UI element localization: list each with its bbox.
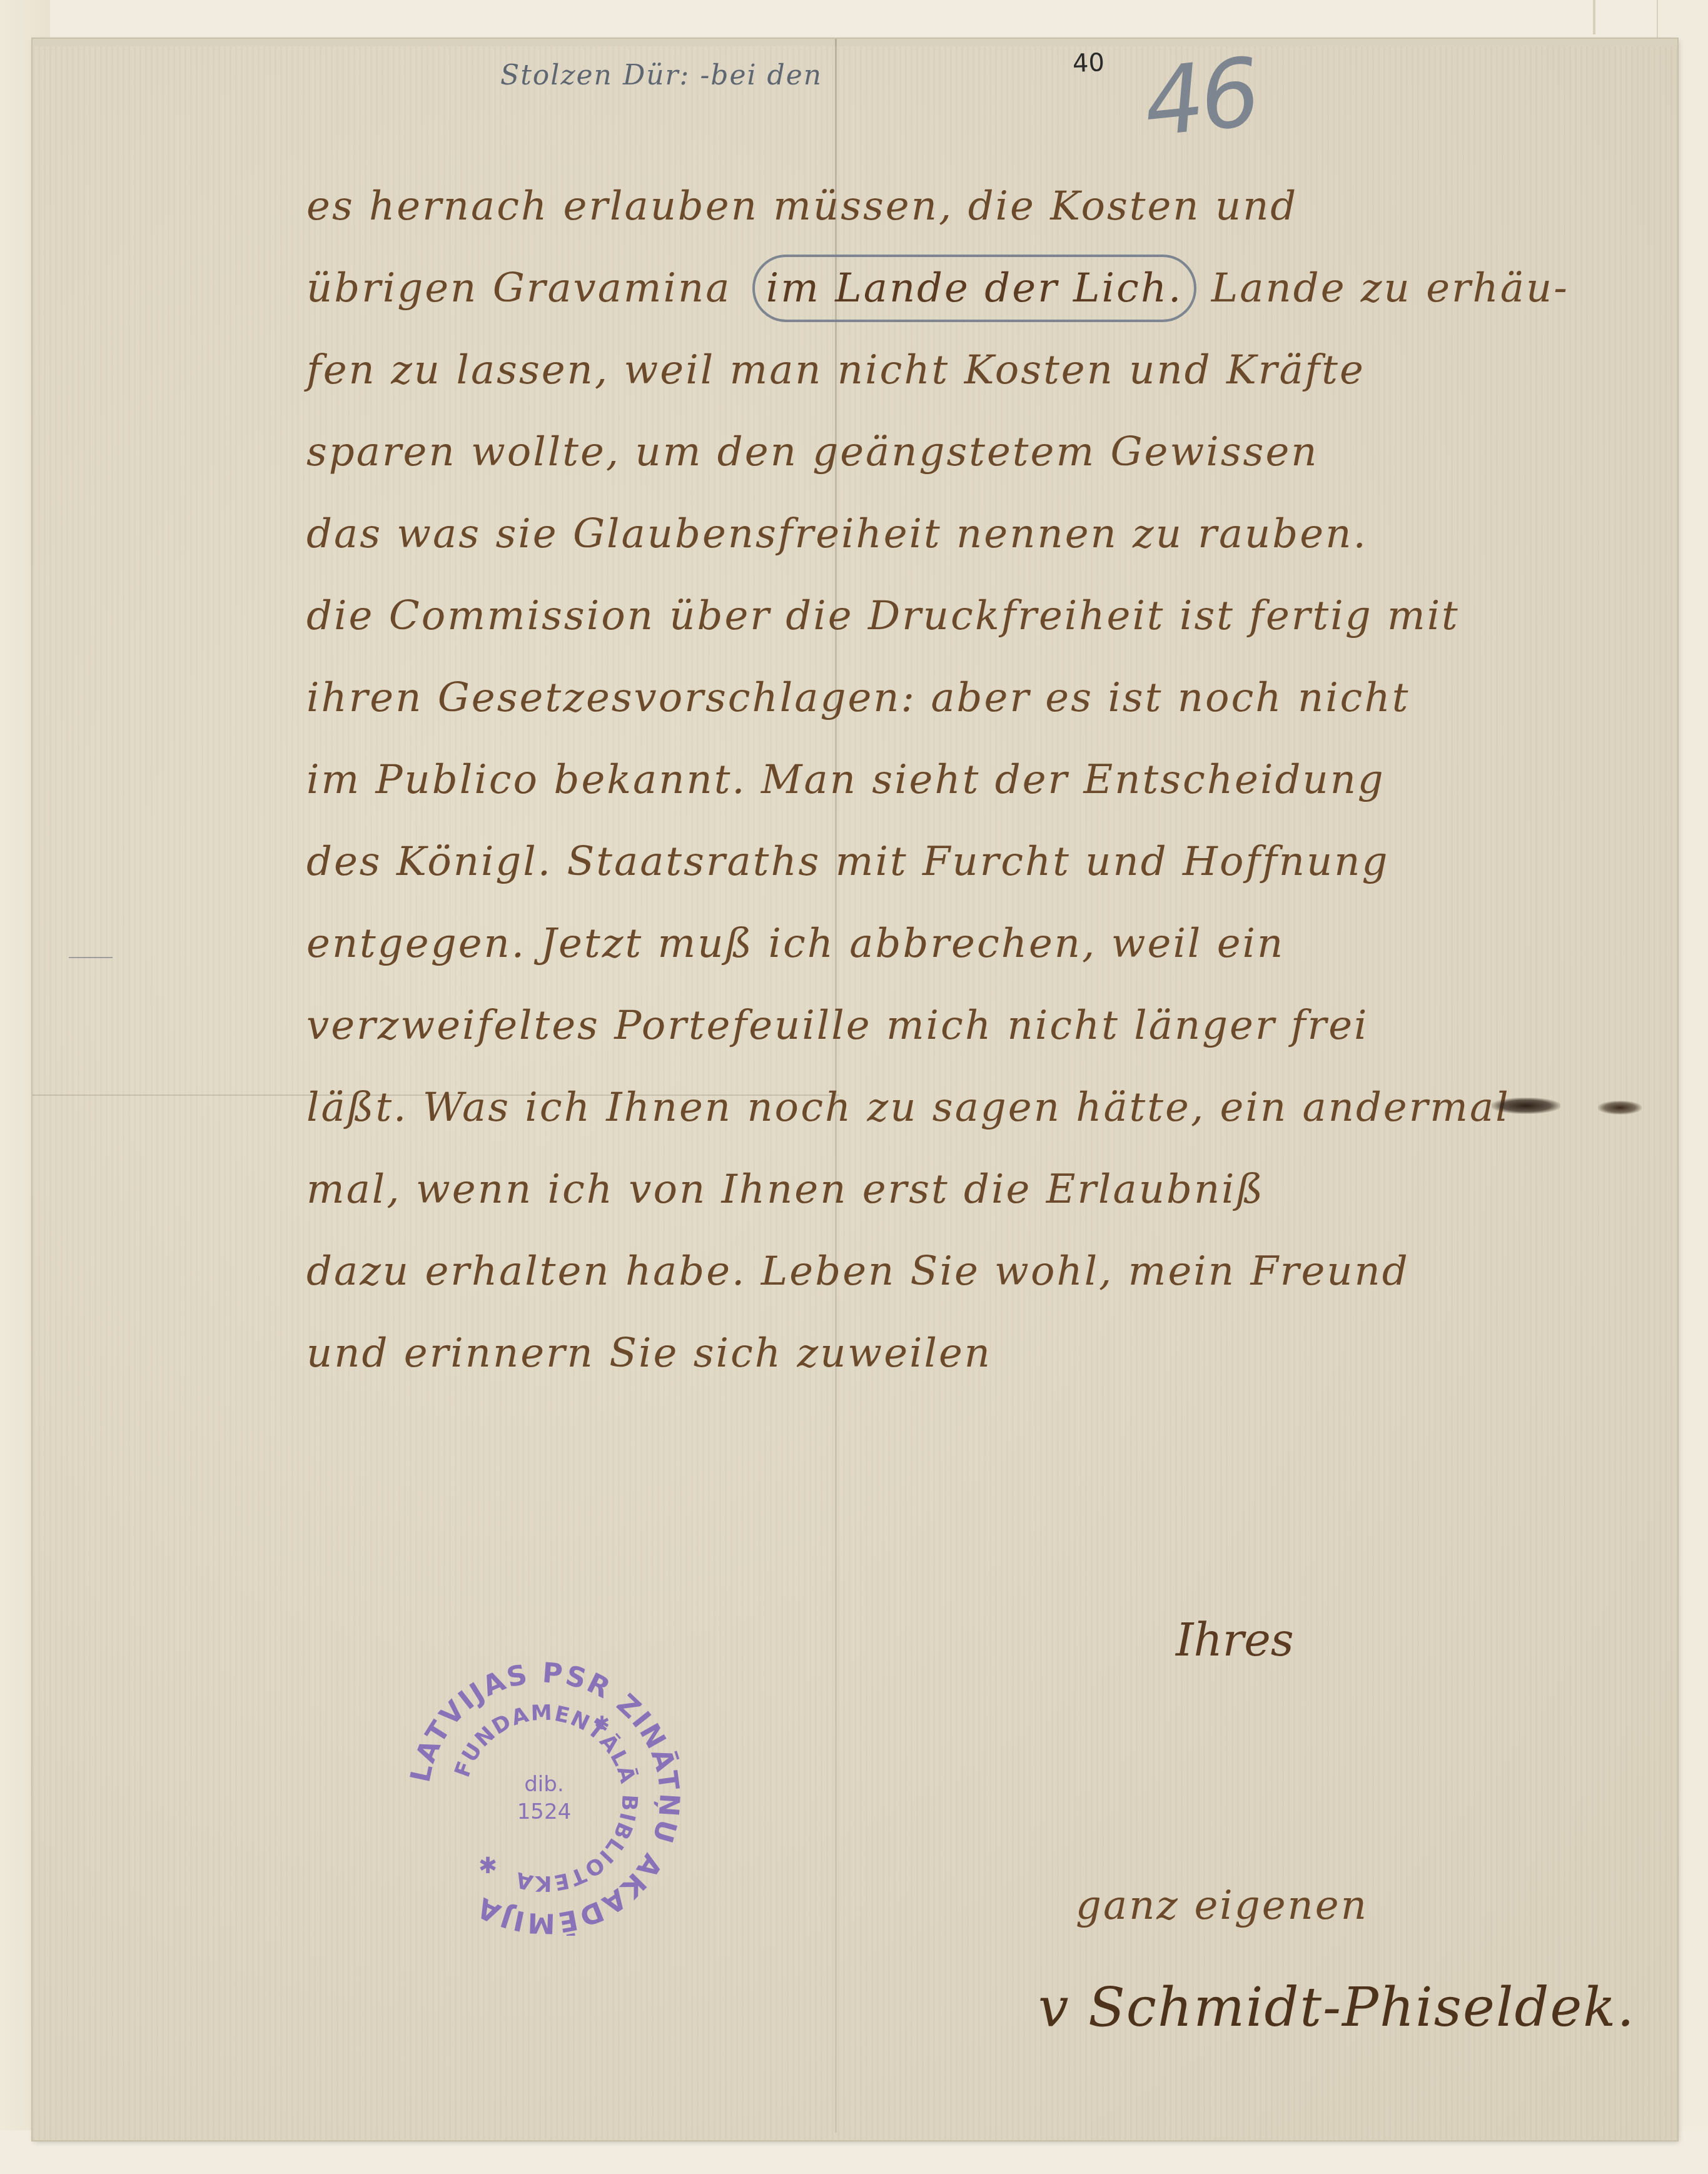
backing-sheet-edge — [1593, 0, 1595, 34]
backing-sheet-top — [0, 0, 1708, 38]
pencil-annotation: Stolzen Dür: -bei den — [500, 59, 822, 91]
line-text: fen zu lassen, weil man nicht Kosten und… — [306, 347, 1365, 393]
stamp-center-label: dib. — [524, 1771, 563, 1798]
stamp-center-number: 1524 — [517, 1798, 572, 1826]
line-text: verzweifeltes Portefeuille mich nicht lä… — [306, 1003, 1369, 1049]
line-text: ihren Gesetzesvorschlagen: aber es ist n… — [306, 675, 1410, 721]
letter-line: entgegen. Jetzt muß ich abbrechen, weil … — [306, 903, 1657, 985]
letter-line: es hernach erlauben müssen, die Kosten u… — [306, 166, 1657, 248]
line-text: das was sie Glaubensfreiheit nennen zu r… — [306, 511, 1368, 557]
letter-line: läßt. Was ich Ihnen noch zu sagen hätte,… — [306, 1067, 1657, 1149]
line-text: sparen wollte, um den geängstetem Gewiss… — [306, 429, 1318, 475]
letter-line: ihren Gesetzesvorschlagen: aber es ist n… — [306, 657, 1657, 739]
line-text: mal, wenn ich von Ihnen erst die Erlaubn… — [306, 1166, 1265, 1213]
letter-line: verzweifeltes Portefeuille mich nicht lä… — [306, 985, 1657, 1067]
line-text: Lande zu erhäu- — [1211, 265, 1569, 311]
valediction: ganz eigenen — [1076, 1883, 1368, 1929]
line-text: des Königl. Staatsraths mit Furcht und H… — [306, 839, 1389, 885]
letter-line: im Publico bekannt. Man sieht der Entsch… — [306, 739, 1657, 821]
letter-line: fen zu lassen, weil man nicht Kosten und… — [306, 330, 1657, 412]
line-text: es hernach erlauben müssen, die Kosten u… — [306, 183, 1298, 230]
letter-line: die Commission über die Druckfreiheit is… — [306, 575, 1657, 657]
line-text: übrigen Gravamina — [306, 265, 731, 311]
pencil-mark — [69, 957, 113, 958]
letter-line: mal, wenn ich von Ihnen erst die Erlaubn… — [306, 1149, 1657, 1231]
pencil-circled-passage: im Lande der Lich. — [752, 255, 1197, 322]
signature: v Schmidt-Phiseldek. — [1038, 1976, 1635, 2039]
letter-body: es hernach erlauben müssen, die Kosten u… — [306, 166, 1657, 1395]
line-text: entgegen. Jetzt muß ich abbrechen, weil … — [306, 921, 1285, 967]
ink-blot — [1598, 1101, 1642, 1115]
letter-line: des Königl. Staatsraths mit Furcht und H… — [306, 821, 1657, 903]
pencil-folio-number: 46 — [1139, 38, 1261, 158]
ink-blot — [1492, 1098, 1560, 1114]
library-stamp: LATVIJAS PSR ZINĀTŅU AKADĒMIJA FUNDAMENT… — [407, 1661, 682, 1936]
closing-word: Ihres — [1176, 1614, 1294, 1666]
letter-line: übrigen Gravamina im Lande der Lich. Lan… — [306, 248, 1657, 330]
letter-line: dazu erhalten habe. Leben Sie wohl, mein… — [306, 1231, 1657, 1313]
letter-line: sparen wollte, um den geängstetem Gewiss… — [306, 412, 1657, 493]
line-text: und erinnern Sie sich zuweilen — [306, 1330, 992, 1377]
line-text: dazu erhalten habe. Leben Sie wohl, mein… — [306, 1248, 1410, 1295]
letter-line: das was sie Glaubensfreiheit nennen zu r… — [306, 493, 1657, 575]
letter-line: und erinnern Sie sich zuweilen — [306, 1313, 1657, 1395]
stamp-center: dib. 1524 — [407, 1661, 682, 1936]
folio-number: 40 — [1072, 48, 1104, 78]
line-text: die Commission über die Druckfreiheit is… — [306, 593, 1460, 639]
line-text: im Publico bekannt. Man sieht der Entsch… — [306, 757, 1385, 803]
line-text: läßt. Was ich Ihnen noch zu sagen hätte,… — [306, 1084, 1510, 1131]
